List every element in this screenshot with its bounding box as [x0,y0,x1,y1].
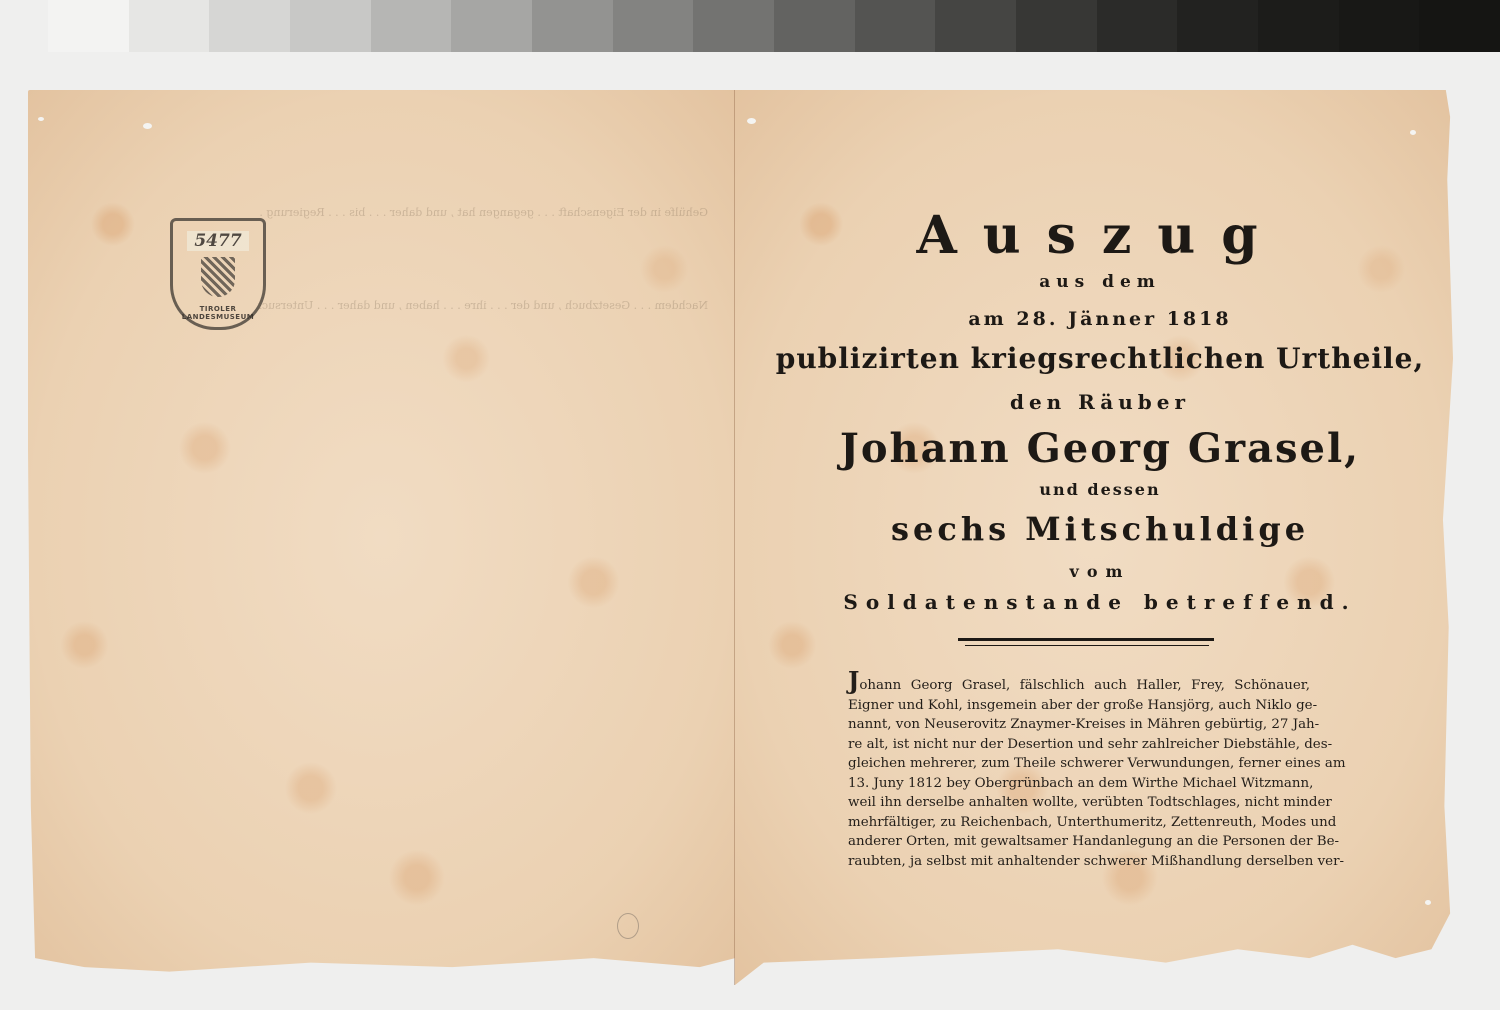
title-line-soldatenstande: Soldatenstande betreffend. [740,590,1460,614]
body-paragraph: Johann Georg Grasel, fälschlich auch Hal… [848,676,1310,871]
grey-scale-calibration-strip [48,0,1500,52]
divider-rule [958,638,1214,641]
body-line: weil ihn derselbe anhalten wollte, verüb… [848,793,1310,813]
body-line: nannt, von Neuserovitz Znaymer-Kreises i… [848,715,1310,735]
title-line-aus-dem: aus dem [740,272,1460,292]
bleed-through-text: Gehülfe in der Eigenschaft . . . gegange… [258,205,708,220]
body-line: 13. Juny 1812 bey Obergrünbach an dem Wi… [848,774,1310,794]
grey-patch [855,0,936,52]
drop-cap: J [848,666,859,695]
pin-hole [38,117,44,121]
grey-patch [693,0,774,52]
title-line-date: am 28. Jänner 1818 [740,308,1460,330]
divider-rule-thin [965,645,1209,646]
body-line: gleichen mehrerer, zum Theile schwerer V… [848,754,1310,774]
pin-hole [747,118,756,124]
inventory-number: 5477 [187,231,249,251]
grey-patch [1097,0,1178,52]
grey-patch [48,0,129,52]
pin-hole [143,123,152,129]
body-line: anderer Orten, mit gewaltsamer Handanleg… [848,832,1310,852]
body-line: Johann Georg Grasel, fälschlich auch Hal… [848,676,1310,696]
grey-patch [532,0,613,52]
left-page: 5477 TIROLER LANDESMUSEUM Gehülfe in der… [28,90,735,985]
grey-patch [129,0,210,52]
center-fold [734,90,735,985]
title-line-den-rauber: den Räuber [740,390,1460,414]
title-line-sechs-mitschuldige: sechs Mitschuldige [740,510,1460,548]
grey-patch [451,0,532,52]
body-line: raubten, ja selbst mit anhaltender schwe… [848,852,1310,872]
grey-patch [935,0,1016,52]
grey-patch [371,0,452,52]
bleed-through-text: Nachdem . . . Gesetzbuch , und der . . .… [258,298,708,313]
stamp-legend: TIROLER LANDESMUSEUM [173,305,263,321]
grey-patch [1177,0,1258,52]
grey-patch [1258,0,1339,52]
grey-patch [290,0,371,52]
title-line-name: Johann Georg Grasel, [740,425,1460,472]
title-line-vom: vom [740,562,1460,581]
document-title: Auszug [740,205,1460,266]
grey-patch [209,0,290,52]
pin-hole [1410,130,1416,135]
title-line-und-dessen: und dessen [740,480,1460,499]
grey-patch [613,0,694,52]
grey-patch [1016,0,1097,52]
body-line: mehrfältiger, zu Reichenbach, Unterthume… [848,813,1310,833]
grey-patch [774,0,855,52]
grey-patch [1339,0,1420,52]
body-line: re alt, ist nicht nur der Desertion und … [848,735,1310,755]
title-line-publizirten: publizirten kriegsrechtlichen Urtheile, [740,342,1460,375]
museum-stamp: 5477 TIROLER LANDESMUSEUM [170,218,266,330]
coat-of-arms-icon [201,257,235,297]
pin-hole [1425,900,1431,905]
grey-patch [1419,0,1500,52]
body-line: Eigner und Kohl, insgemein aber der groß… [848,696,1310,716]
pencil-mark [617,913,639,939]
